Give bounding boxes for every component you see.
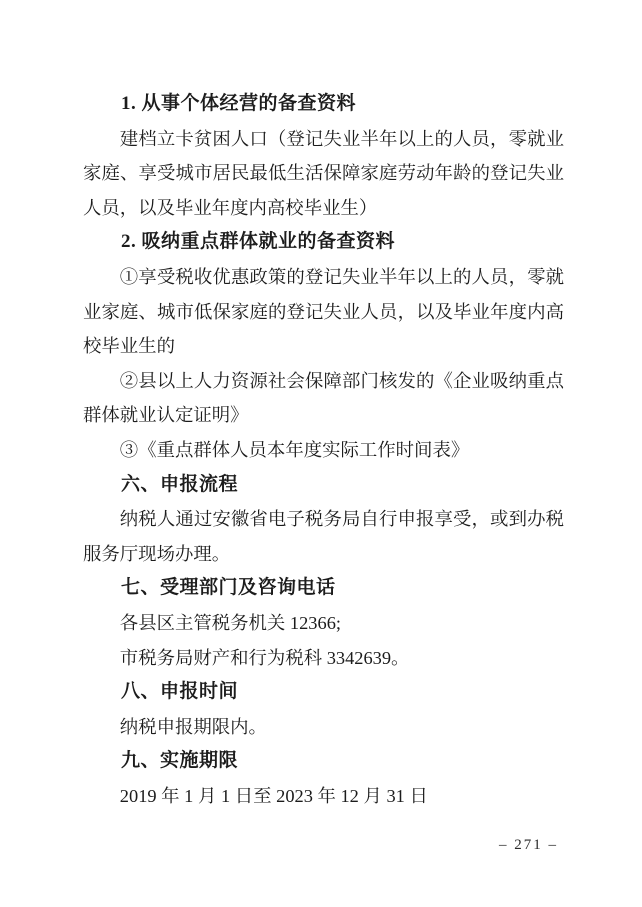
page-number: – 271 – bbox=[499, 835, 558, 855]
body-paragraph: 建档立卡贫困人口（登记失业半年以上的人员，零就业家庭、享受城市居民最低生活保障家… bbox=[83, 122, 564, 226]
body-paragraph: 市税务局财产和行为税科 3342639。 bbox=[83, 641, 564, 676]
body-paragraph: ③《重点群体人员本年度实际工作时间表》 bbox=[83, 433, 564, 468]
document-content: 1. 从事个体经营的备查资料建档立卡贫困人口（登记失业半年以上的人员，零就业家庭… bbox=[83, 87, 564, 813]
section-heading: 1. 从事个体经营的备查资料 bbox=[83, 87, 564, 122]
body-paragraph: 2019 年 1 月 1 日至 2023 年 12 月 31 日 bbox=[83, 779, 564, 814]
section-heading: 2. 吸纳重点群体就业的备查资料 bbox=[83, 225, 564, 260]
section-heading: 七、受理部门及咨询电话 bbox=[83, 571, 564, 606]
section-heading: 九、实施期限 bbox=[83, 744, 564, 779]
body-paragraph: 各县区主管税务机关 12366; bbox=[83, 606, 564, 641]
body-paragraph: ②县以上人力资源社会保障部门核发的《企业吸纳重点群体就业认定证明》 bbox=[83, 364, 564, 433]
section-heading: 八、申报时间 bbox=[83, 675, 564, 710]
body-paragraph: 纳税人通过安徽省电子税务局自行申报享受，或到办税服务厅现场办理。 bbox=[83, 502, 564, 571]
document-page: 1. 从事个体经营的备查资料建档立卡贫困人口（登记失业半年以上的人员，零就业家庭… bbox=[0, 0, 642, 907]
body-paragraph: 纳税申报期限内。 bbox=[83, 710, 564, 745]
body-paragraph: ①享受税收优惠政策的登记失业半年以上的人员，零就业家庭、城市低保家庭的登记失业人… bbox=[83, 260, 564, 364]
section-heading: 六、申报流程 bbox=[83, 468, 564, 503]
